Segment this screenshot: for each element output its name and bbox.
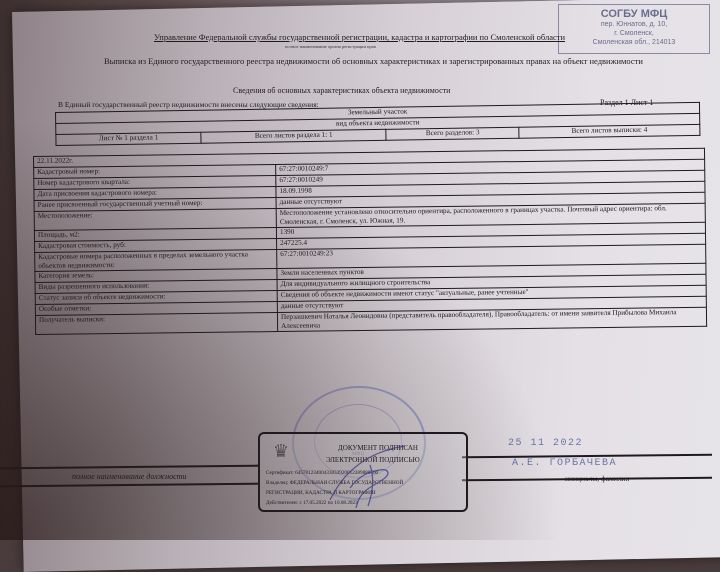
initials-caption: инициалы, фамилия [565,474,629,483]
authority-name: Управление Федеральной службы государств… [154,32,565,42]
sheets-total: Всего листов выписки: 4 [519,124,700,138]
section-title: Сведения об основных характеристиках объ… [233,86,450,95]
mfc-address-2: г. Смоленск, [559,29,709,38]
row-label: Получатель выписки: [35,313,277,335]
document-title: Выписка из Единого государственного реес… [104,56,643,66]
characteristics-table: 22.11.2022г. Кадастровый номер:67:27:001… [33,148,707,335]
coat-of-arms-icon: ♛ [270,438,292,464]
date-stamp: 25 11 2022 [508,438,583,449]
mfc-address-3: Смоленская обл., 214013 [559,38,709,47]
authority-caption: полное наименование органа регистрации п… [285,44,376,49]
mfc-address-1: пер. Юннатов, д. 10, [559,20,709,29]
sheets-in-section: Всего листов раздела 1: 1 [201,129,386,143]
position-caption: полное наименование должности [72,472,186,481]
sections-total: Всего разделов: 3 [386,127,519,140]
mfc-stamp: СОГБУ МФЦ пер. Юннатов, д. 10, г. Смолен… [558,4,710,54]
sheet-number: Лист № 1 раздела 1 [56,132,201,145]
name-stamp: А.Е. ГОРБАЧЕВА [512,458,617,469]
handwritten-signature [320,440,410,510]
mfc-name: СОГБУ МФЦ [559,8,709,20]
